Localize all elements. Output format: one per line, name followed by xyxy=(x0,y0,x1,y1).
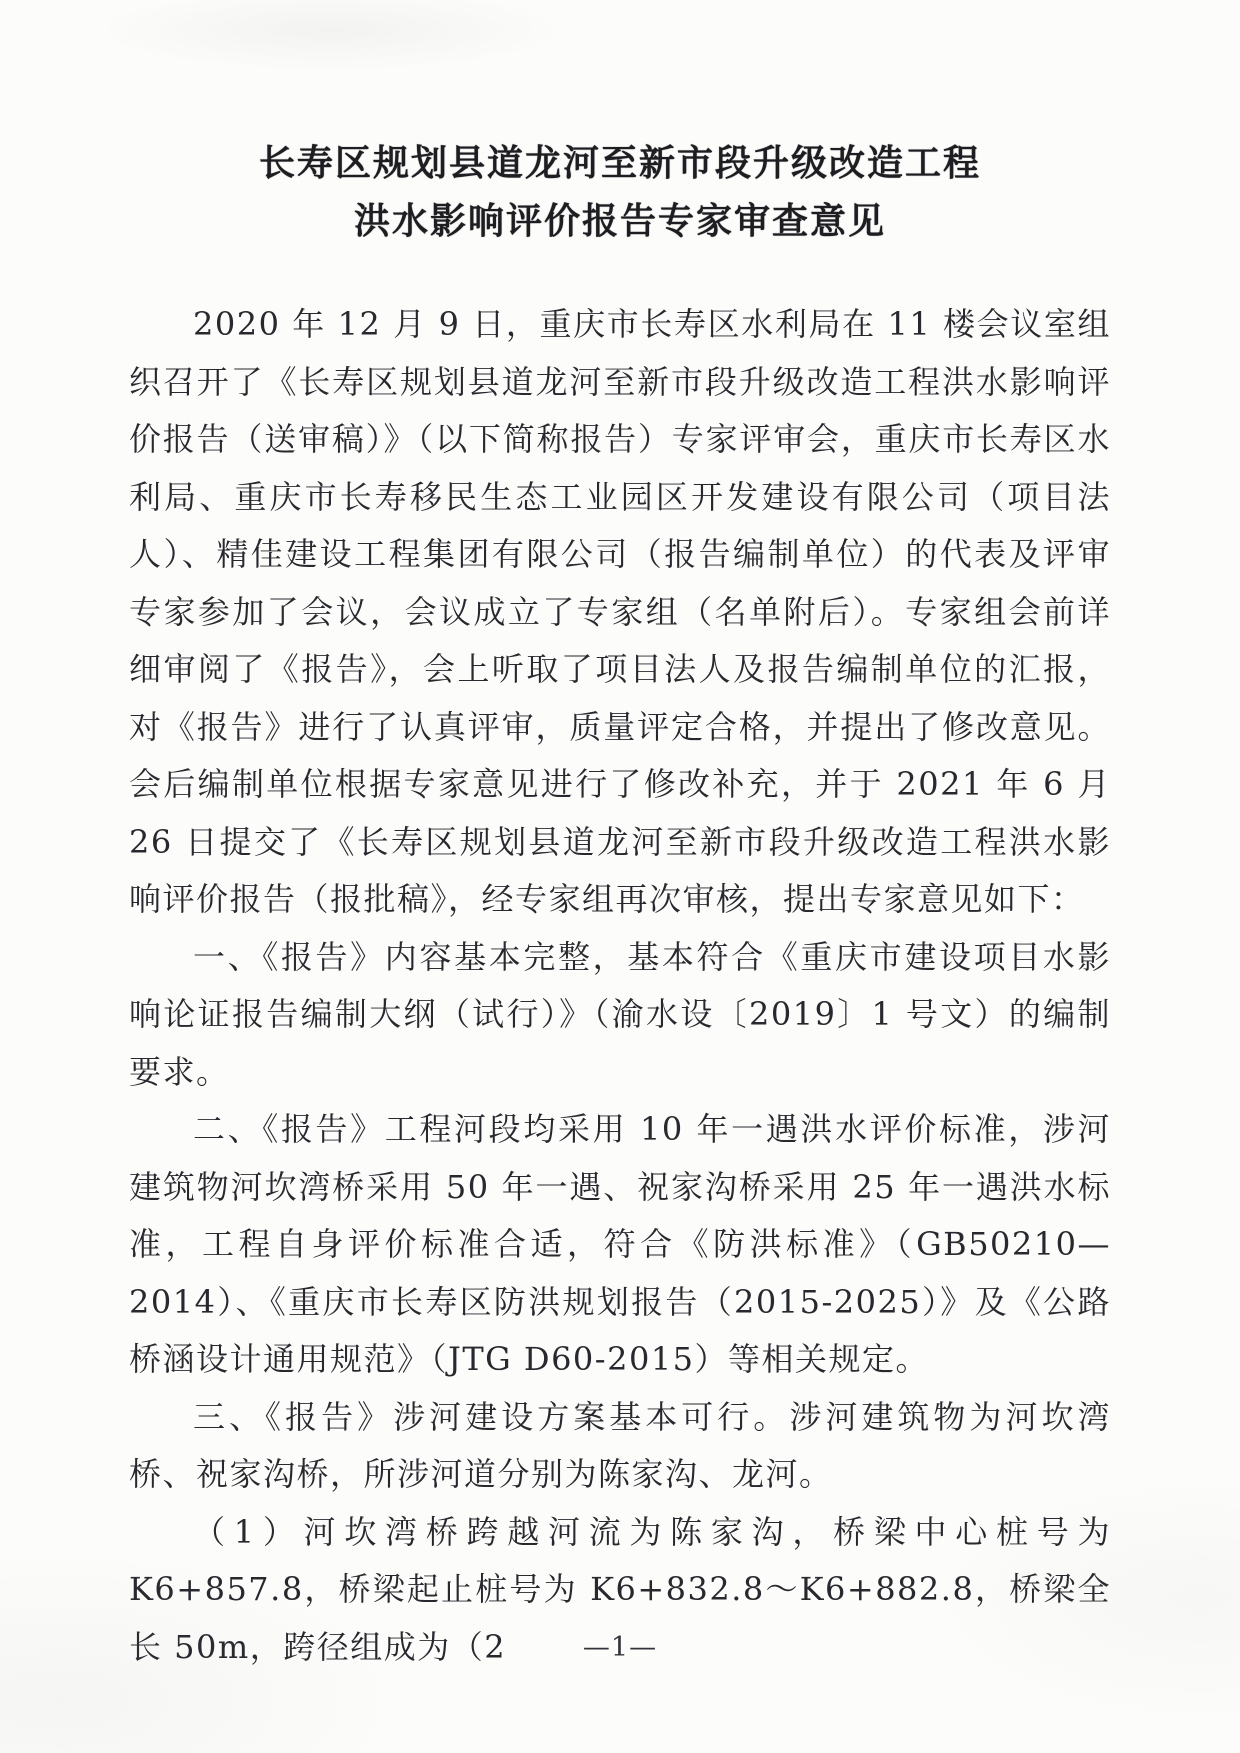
document-page: 长寿区规划县道龙河至新市段升级改造工程 洪水影响评价报告专家审查意见 2020 … xyxy=(0,0,1240,1753)
paragraph-intro: 2020 年 12 月 9 日，重庆市长寿区水利局在 11 楼会议室组织召开了《… xyxy=(129,296,1111,929)
title-line-2: 洪水影响评价报告专家审查意见 xyxy=(130,193,1110,251)
paragraph-opinion-3: 三、《报告》涉河建设方案基本可行。涉河建筑物为河坎湾桥、祝家沟桥，所涉河道分别为… xyxy=(129,1389,1111,1504)
document-body: 2020 年 12 月 9 日，重庆市长寿区水利局在 11 楼会议室组织召开了《… xyxy=(129,296,1111,1676)
title-line-1: 长寿区规划县道龙河至新市段升级改造工程 xyxy=(130,135,1110,193)
document-title: 长寿区规划县道龙河至新市段升级改造工程 洪水影响评价报告专家审查意见 xyxy=(130,0,1110,251)
paragraph-opinion-2: 二、《报告》工程河段均采用 10 年一遇洪水评价标准，涉河建筑物河坎湾桥采用 5… xyxy=(129,1101,1111,1389)
page-number: —1— xyxy=(0,1632,1240,1663)
paragraph-opinion-1: 一、《报告》内容基本完整，基本符合《重庆市建设项目水影响论证报告编制大纲（试行）… xyxy=(129,929,1111,1102)
